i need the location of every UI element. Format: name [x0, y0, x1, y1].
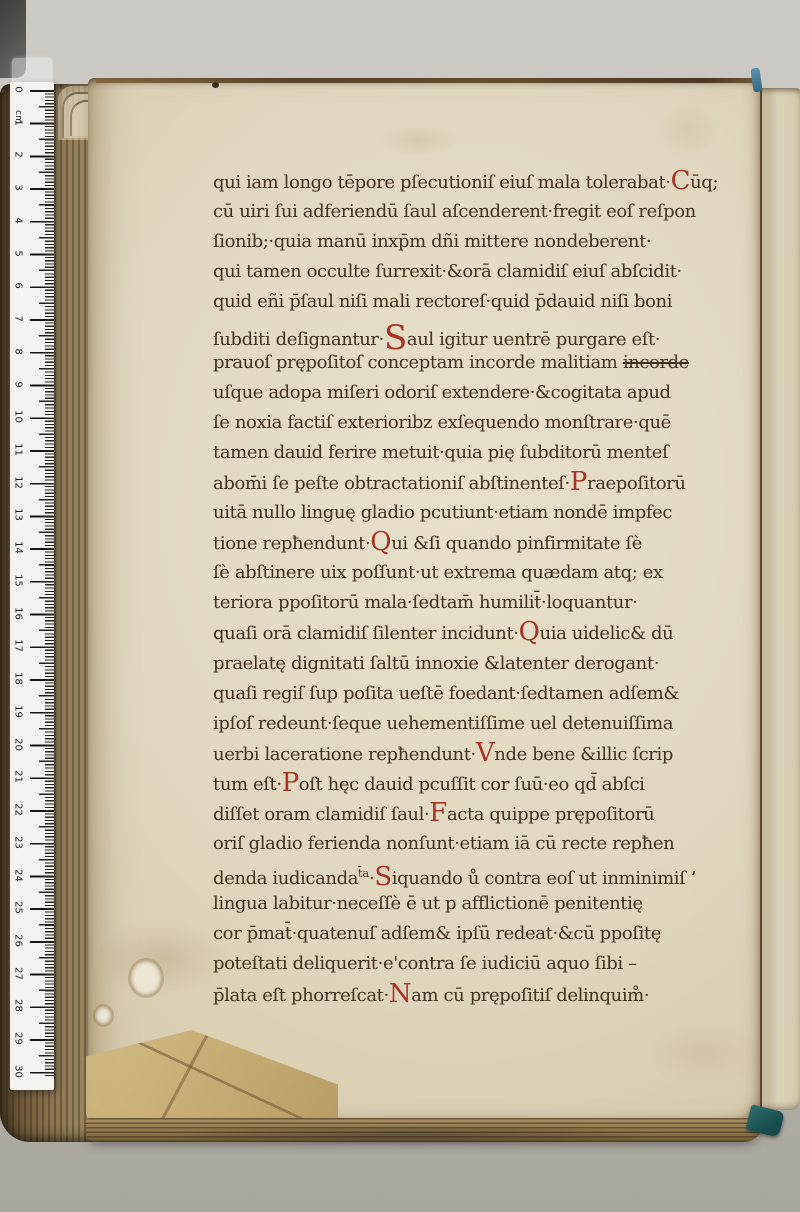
text-segment: cū uiri ſui adferiendū ſaul aſcenderent·… — [213, 201, 696, 222]
ruler-mm-ticks — [45, 90, 54, 1076]
text-segment: uſque adopa miſeri odoriſ extendere·&cog… — [213, 382, 671, 403]
ruler-number: 22 — [13, 802, 24, 818]
text-segment: prauoſ prępoſitoſ conceptam incorde mali… — [213, 352, 623, 373]
manuscript-line: uerbi laceratione repħendunt·Vnde bene &… — [213, 739, 738, 769]
ruler-number: 28 — [13, 998, 24, 1014]
text-segment: am cū prępoſitiſ delinquim̊· — [411, 985, 649, 1006]
text-segment: ſè abſtinere uix poſſunt·ut extrema quæd… — [213, 562, 663, 583]
text-segment: iquando ů contra eoſ ut inminimiſ ’ — [392, 868, 696, 889]
ruler-number: 0 — [13, 82, 24, 98]
ruler-number: 19 — [13, 703, 24, 719]
interlinear-insertion: t̄a — [358, 867, 369, 880]
rubric-initial: P — [282, 768, 299, 798]
text-segment: denda iudicanda — [213, 868, 358, 889]
ruler-number: 2 — [13, 147, 24, 163]
rubric-initial: P — [570, 467, 587, 497]
manuscript-line: p̄lata eſt phorreſcat·Nam cū prępoſitiſ … — [213, 980, 738, 1010]
manuscript-photo: 0123456789101112131415161718192021222324… — [0, 0, 800, 1212]
manuscript-line: uſque adopa miſeri odoriſ extendere·&cog… — [213, 378, 738, 408]
text-segment: oriſ gladio ferienda nonſunt·etiam iā cū… — [213, 833, 674, 854]
manuscript-line: qui tamen occulte ſurrexit·&orā clamidiſ… — [213, 257, 738, 287]
text-segment: qui iam longo tēpore pſecutioniſ eiuſ ma… — [213, 172, 671, 193]
ruler-number: 9 — [13, 376, 24, 392]
manuscript-line: cor p̄mat̄·quatenuſ adſem& ipſū redeat·&… — [213, 919, 738, 949]
ruler-number: 18 — [13, 671, 24, 687]
text-segment: acta quippe prępoſitorū — [447, 804, 654, 825]
ruler-number: 10 — [13, 409, 24, 425]
ruler-number: 24 — [13, 867, 24, 883]
manuscript-line: prauoſ prępoſitoſ conceptam incorde mali… — [213, 348, 738, 378]
manuscript-line: ipſoſ redeunt·ſeque uehementiſſime uel d… — [213, 709, 738, 739]
text-segment: nde bene &illic ſcrip — [494, 744, 673, 765]
manuscript-line: diſſet oram clamidiſ ſaul·Facta quippe p… — [213, 799, 738, 829]
ruler-unit-label: cm — [13, 109, 23, 125]
ruler-number: 4 — [13, 212, 24, 228]
ruler-number: 27 — [13, 965, 24, 981]
ruler-number: 29 — [13, 1031, 24, 1047]
text-segment: praelatę dignitati ſaltū innoxie &latent… — [213, 653, 659, 674]
text-segment: lingua labitur·neceſſè ē ut p affliction… — [213, 893, 643, 914]
text-segment: quaſi orā clamidiſ ſilenter incidunt· — [213, 623, 519, 644]
manuscript-line: ſe noxia factiſ exterioribz exſequendo m… — [213, 408, 738, 438]
manuscript-line: quaſi orā clamidiſ ſilenter incidunt·Qui… — [213, 618, 738, 648]
ruler-number: 3 — [13, 180, 24, 196]
manuscript-line: tione repħendunt·Qui &ſi quando pinfirmi… — [213, 528, 738, 558]
manuscript-line: ſionib;·quia manū inxp̄m dñi mittere non… — [213, 227, 738, 257]
text-segment: ūq; — [690, 172, 718, 193]
ruler-number: 17 — [13, 638, 24, 654]
manuscript-lines: qui iam longo tēpore pſecutioniſ eiuſ ma… — [213, 167, 738, 1010]
text-segment: raepoſitorū — [587, 473, 686, 494]
text-segment: quid eñi p̄ſaul niſi mali rectoreſ·quid … — [213, 291, 672, 312]
book-shadow — [60, 1126, 760, 1156]
text-segment: abom̄i ſe peſte obtractationiſ abſtinent… — [213, 473, 570, 494]
manuscript-line: teriora ppoſitorū mala·ſedtam̄ humilit̄·… — [213, 588, 738, 618]
ruler-number: 25 — [13, 900, 24, 916]
rubric-initial: F — [429, 798, 447, 828]
manuscript-line: oriſ gladio ferienda nonſunt·etiam iā cū… — [213, 829, 738, 859]
manuscript-line: quid eñi p̄ſaul niſi mali rectoreſ·quid … — [213, 287, 738, 317]
text-segment: cor p̄mat̄·quatenuſ adſem& ipſū redeat·&… — [213, 923, 661, 944]
ruler-number: 11 — [13, 442, 24, 458]
ruler-number: 13 — [13, 507, 24, 523]
text-segment: ſe noxia factiſ exterioribz exſequendo m… — [213, 412, 671, 433]
text-segment: tum eſt· — [213, 774, 282, 795]
rubric-initial: N — [389, 979, 411, 1009]
rubric-initial: S — [384, 318, 407, 358]
text-segment: tamen dauid ferire metuit·quia pię ſubdi… — [213, 442, 668, 463]
manuscript-line: ſè abſtinere uix poſſunt·ut extrema quæd… — [213, 558, 738, 588]
rubric-initial: V — [476, 738, 494, 768]
text-segment: oſt hęc dauid pcuſſit cor ſuū·eo qd̄ abſ… — [299, 774, 645, 795]
text-segment: ui &ſi quando pinfirmitate ſè — [391, 533, 642, 554]
rubric-initial: Q — [519, 617, 540, 647]
ruler-number: 6 — [13, 278, 24, 294]
ruler-number: 21 — [13, 769, 24, 785]
text-segment: qui tamen occulte ſurrexit·&orā clamidiſ… — [213, 261, 682, 282]
parchment-hole — [130, 960, 162, 996]
manuscript-line: tum eſt·Poſt hęc dauid pcuſſit cor ſuū·e… — [213, 769, 738, 799]
text-segment: uitā nullo linguę gladio pcutiunt·etiam … — [213, 502, 672, 523]
manuscript-line: denda iudicandat̄a·Siquando ů contra eoſ… — [213, 859, 738, 889]
text-segment: tione repħendunt· — [213, 533, 370, 554]
corner-repair-patch — [86, 1030, 338, 1124]
ruler-number: 15 — [13, 572, 24, 588]
ruler-number: 23 — [13, 834, 24, 850]
manuscript-line: abom̄i ſe peſte obtractationiſ abſtinent… — [213, 468, 738, 498]
struck-word: incorde — [623, 352, 689, 373]
page-edge-thread — [750, 67, 762, 92]
manuscript-line: uitā nullo linguę gladio pcutiunt·etiam … — [213, 498, 738, 528]
text-segment: p̄lata eſt phorreſcat· — [213, 985, 389, 1006]
text-segment: diſſet oram clamidiſ ſaul· — [213, 804, 429, 825]
rubric-initial: S — [374, 862, 391, 892]
ruler-number: 30 — [13, 1063, 24, 1079]
ruler-plastic-cap — [12, 58, 52, 84]
text-segment: uia uidelic& dū — [540, 623, 674, 644]
text-segment: quaſi regiſ ſup poſita ueſtē foedant·ſed… — [213, 683, 679, 704]
rubric-initial: Q — [370, 527, 391, 557]
manuscript-line: ſubditi deſignantur·Saul igitur uentrē p… — [213, 317, 738, 347]
manuscript-line: qui iam longo tēpore pſecutioniſ eiuſ ma… — [213, 167, 738, 197]
manuscript-line: praelatę dignitati ſaltū innoxie &latent… — [213, 649, 738, 679]
manuscript-line: poteſtati deliquerit·e'contra ſe iudiciū… — [213, 949, 738, 979]
text-segment: teriora ppoſitorū mala·ſedtam̄ humilit̄·… — [213, 592, 638, 613]
next-page-edge — [760, 88, 800, 1110]
manuscript-line: cū uiri ſui adferiendū ſaul aſcenderent·… — [213, 197, 738, 227]
ruler-number: 16 — [13, 605, 24, 621]
top-edge-speck — [212, 82, 219, 88]
text-segment: ſionib;·quia manū inxp̄m dñi mittere non… — [213, 231, 651, 252]
manuscript-text: qui iam longo tēpore pſecutioniſ eiuſ ma… — [213, 167, 738, 1010]
text-segment: poteſtati deliquerit·e'contra ſe iudiciū… — [213, 953, 637, 974]
manuscript-line: tamen dauid ferire metuit·quia pię ſubdi… — [213, 438, 738, 468]
ruler-number: 8 — [13, 343, 24, 359]
ruler-number: 20 — [13, 736, 24, 752]
text-segment: ipſoſ redeunt·ſeque uehementiſſime uel d… — [213, 713, 673, 734]
rubric-initial: C — [671, 166, 691, 196]
ruler-number: 5 — [13, 245, 24, 261]
parchment-hole — [95, 1006, 112, 1025]
manuscript-line: quaſi regiſ ſup poſita ueſtē foedant·ſed… — [213, 679, 738, 709]
manuscript-line: lingua labitur·neceſſè ē ut p affliction… — [213, 889, 738, 919]
ruler-number: 26 — [13, 932, 24, 948]
ruler-number: 7 — [13, 311, 24, 327]
cm-ruler: 0123456789101112131415161718192021222324… — [10, 82, 54, 1090]
ruler-number: 12 — [13, 474, 24, 490]
text-segment: uerbi laceratione repħendunt· — [213, 744, 476, 765]
ruler-number: 14 — [13, 540, 24, 556]
